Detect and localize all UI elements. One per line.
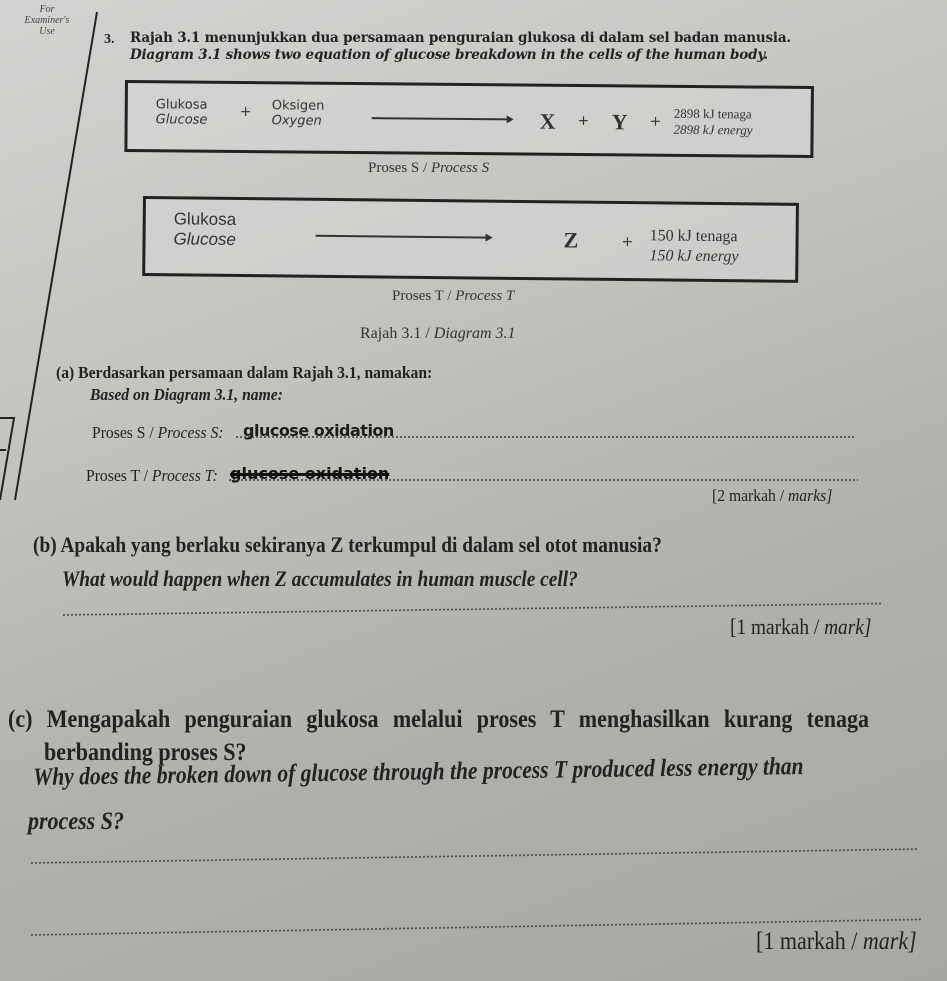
part-a-marks: [2 markah / marks] xyxy=(712,486,832,506)
part-b-marks: [1 markah / mark] xyxy=(730,614,871,640)
caption-ms: Rajah 3.1 / xyxy=(360,325,430,342)
question-text: Apakah yang berlaku sekiranya Z terkumpu… xyxy=(60,532,661,557)
caption-en: Process T xyxy=(455,288,514,304)
caption-en: Process S xyxy=(431,160,489,176)
product-z: Z xyxy=(563,227,578,253)
marks-en: mark] xyxy=(824,614,871,639)
marks-en: marks] xyxy=(788,486,832,505)
caption-ms: Proses S / xyxy=(368,160,427,176)
label-ms: Proses S / xyxy=(92,423,154,442)
part-c-answer-field-2[interactable] xyxy=(30,900,920,928)
reactant-glucose: Glukosa Glucose xyxy=(156,97,208,127)
process-s-label: Proses S / Process S: xyxy=(92,423,224,443)
equation-process-t-box: Glukosa Glucose Z + 150 kJ tenaga 150 kJ… xyxy=(142,196,799,283)
part-c-question-ms-line1: (c) Mengapakah penguraian glukosa melalu… xyxy=(8,706,869,734)
reactant-ms: Glukosa xyxy=(174,209,237,230)
part-b-question-en: What would happen when Z accumulates in … xyxy=(62,566,578,592)
product-y: Y xyxy=(612,109,628,135)
product-x: X xyxy=(540,109,556,135)
energy-output-t: 150 kJ tenaga 150 kJ energy xyxy=(649,226,739,267)
examiner-label-line: For xyxy=(12,4,82,15)
part-label: (c) xyxy=(8,706,32,733)
part-b-question-ms: (b) Apakah yang berlaku sekiranya Z terk… xyxy=(33,532,662,558)
reactant-oxygen: Oksigen Oxygen xyxy=(272,98,325,128)
reaction-arrow-icon xyxy=(372,117,512,120)
caption-process-s: Proses S / Process S xyxy=(368,160,489,177)
reactant-en: Glucose xyxy=(173,229,236,250)
plus-sign: + xyxy=(578,113,590,129)
part-c-question-en-line2: process S? xyxy=(28,808,124,836)
question-number: 3. xyxy=(104,32,115,48)
label-en: Process T: xyxy=(152,466,218,485)
diagram-caption: Rajah 3.1 / Diagram 3.1 xyxy=(360,325,516,343)
reactant-glucose: Glukosa Glucose xyxy=(173,209,236,250)
question-text: Berdasarkan persamaan dalam Rajah 3.1, n… xyxy=(78,363,432,382)
energy-output-s: 2898 kJ tenaga 2898 kJ energy xyxy=(674,106,753,139)
energy-ms: 2898 kJ tenaga xyxy=(674,106,753,123)
part-a-question-ms: (a) Berdasarkan persamaan dalam Rajah 3.… xyxy=(56,363,432,383)
energy-en: 2898 kJ energy xyxy=(674,122,753,139)
label-ms: Proses T / xyxy=(86,466,148,485)
reaction-arrow-icon xyxy=(316,235,491,238)
energy-en: 150 kJ energy xyxy=(649,246,738,267)
part-label: (b) xyxy=(33,532,57,557)
question-intro-ms: Rajah 3.1 menunjukkan dua persamaan peng… xyxy=(130,30,791,46)
plus-sign: + xyxy=(240,104,252,120)
energy-ms: 150 kJ tenaga xyxy=(650,226,739,247)
marks-ms: [2 markah / xyxy=(712,486,784,505)
examiner-label-line: Examiner's xyxy=(12,15,82,26)
answer-dotted-line xyxy=(228,479,858,481)
question-intro-en: Diagram 3.1 shows two equation of glucos… xyxy=(130,47,768,63)
examiner-label-line: Use xyxy=(12,26,82,37)
answer-dotted-line xyxy=(235,436,855,438)
caption-en: Diagram 3.1 xyxy=(434,325,516,342)
marks-en: mark] xyxy=(863,928,917,955)
process-t-label: Proses T / Process T: xyxy=(86,466,218,486)
part-c-marks: [1 markah / mark] xyxy=(756,928,917,956)
marks-ms: [1 markah / xyxy=(756,928,857,955)
reactant-ms: Oksigen xyxy=(272,98,325,113)
reactant-en: Oxygen xyxy=(272,113,325,128)
equation-process-s-box: Glukosa Glucose + Oksigen Oxygen X + Y +… xyxy=(124,80,814,158)
reactant-ms: Glukosa xyxy=(156,97,208,112)
marks-ms: [1 markah / xyxy=(730,614,819,639)
part-label: (a) xyxy=(56,363,74,382)
examiner-use-label: For Examiner's Use xyxy=(12,4,82,37)
plus-sign: + xyxy=(650,114,662,130)
question-text: Mengapakah penguraian glukosa melalui pr… xyxy=(47,706,869,733)
caption-ms: Proses T / xyxy=(392,288,451,304)
part-a-question-en: Based on Diagram 3.1, name: xyxy=(90,385,283,405)
reactant-en: Glucose xyxy=(156,112,208,127)
plus-sign: + xyxy=(621,234,633,250)
label-en: Process S: xyxy=(158,423,224,442)
caption-process-t: Proses T / Process T xyxy=(392,288,514,305)
